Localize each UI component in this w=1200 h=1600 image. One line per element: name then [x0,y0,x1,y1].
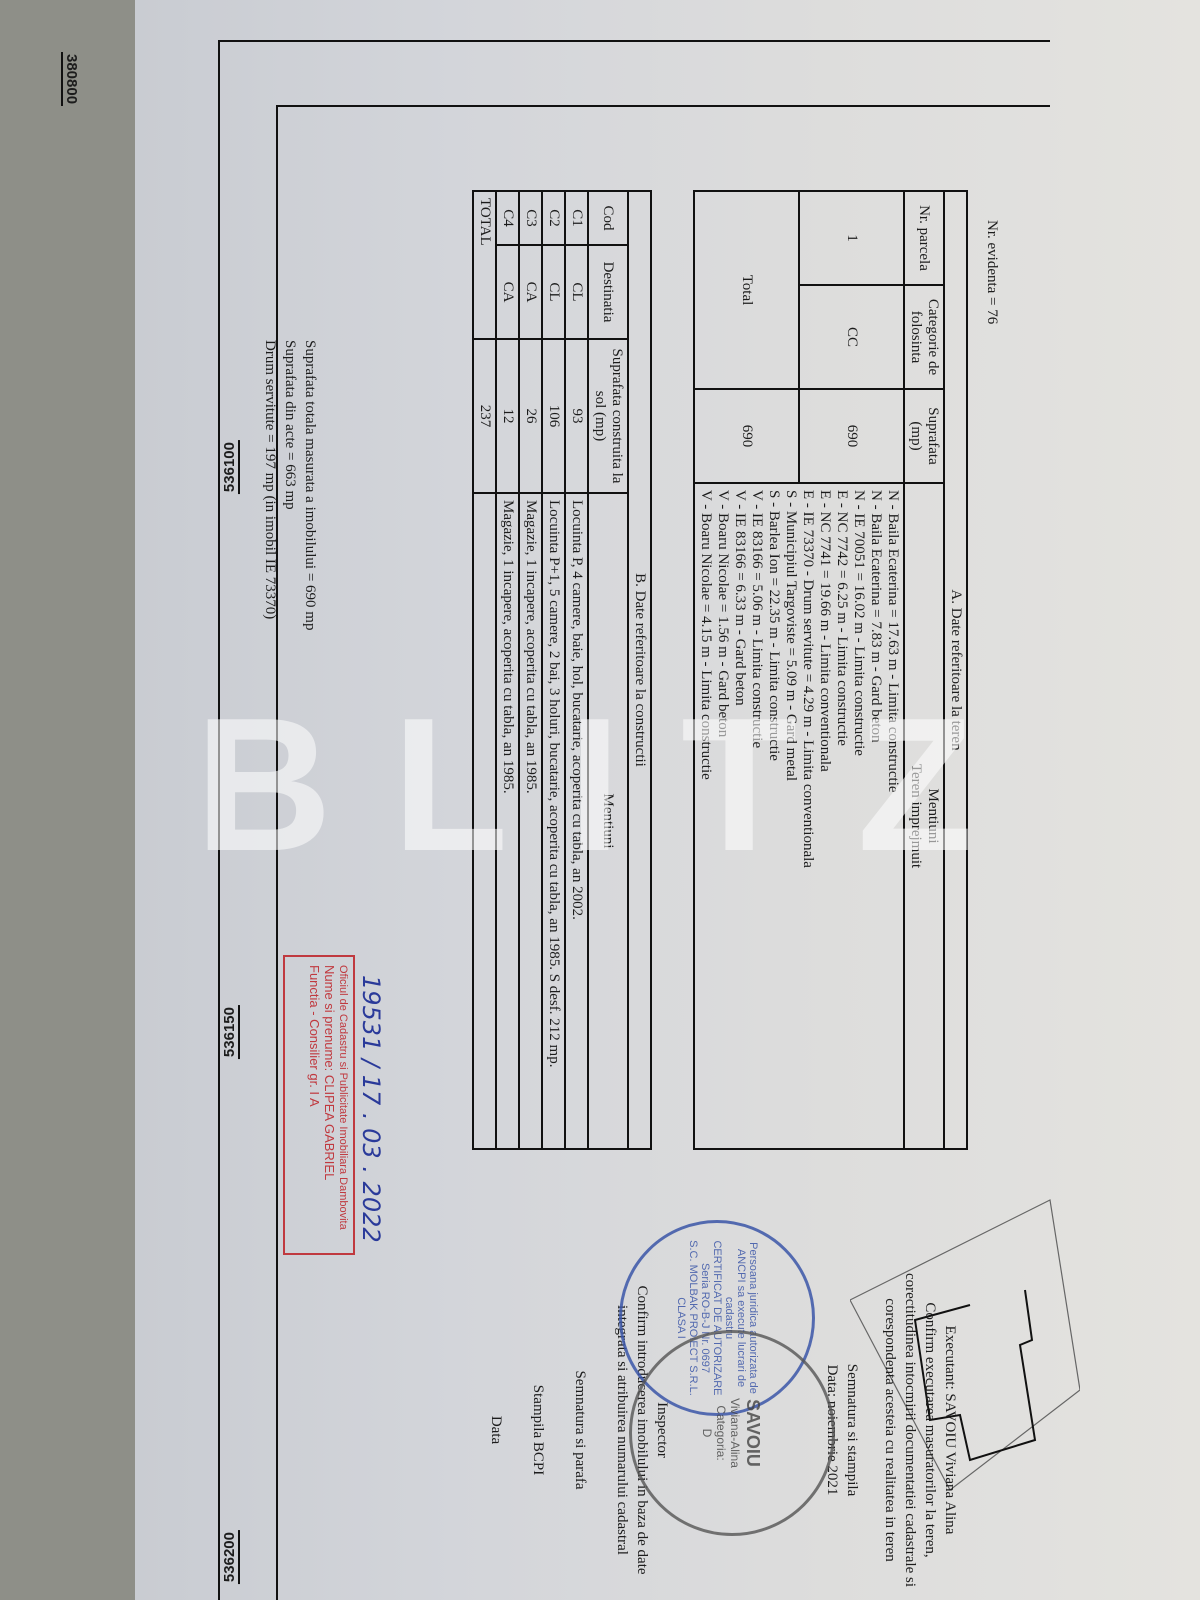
boundary-mention: E - NC 7741 = 19.66 m - Limita conventio… [816,490,833,1142]
table-row: C4CA12Magazie, 1 incapere, acoperita cu … [496,191,519,1149]
total-label: TOTAL [473,191,496,339]
cell-cod: C4 [496,191,519,245]
handwritten-cadastral-number: 19531 / 17 . 03 . 2022 [357,975,385,1243]
stamp-line: SAVOIU [743,1399,764,1467]
surface-summary: Suprafata totala masurata a imobilului =… [260,340,320,630]
cell-cod: C2 [542,191,565,245]
bcpi-stamp-label: Stampila BCPI [528,1270,548,1590]
mentiuni-label: Mentiuni [924,490,941,1142]
cell-cod: C1 [565,191,588,245]
table-row: C2CL106Locuinta P+1, 5 camere, 2 bai, 3 … [542,191,565,1149]
cell-destinatia: CA [519,245,542,339]
header-categorie: Categorie de folosinta [904,285,944,389]
frame-line [218,40,220,1600]
cell-categorie: CC [799,285,904,389]
land-data-table: A. Date referitoare la teren Nr. parcela… [693,190,968,1150]
table-row: C3CA26Magazie, 1 incapere, acoperita cu … [519,191,542,1149]
summary-from-acts: Suprafata din acte = 663 mp [280,340,300,630]
cell-mentiuni: Magazie, 1 incapere, acoperita cu tabla,… [496,493,519,1149]
boundary-mention: V - Boaru Nicolae = 4.15 m - Limita cons… [697,490,714,1142]
section-b-title: B. Date referitoare la constructii [628,191,651,1149]
total-mentiuni [473,493,496,1149]
mentiuni-subtitle: Teren imprejmuit [907,490,924,1142]
header-mentiuni: Mentiuni [588,493,628,1149]
boundary-mention: S - Municipiul Targoviste = 5.09 m - Gar… [782,490,799,1142]
cell-mentiuni: Magazie, 1 incapere, acoperita cu tabla,… [519,493,542,1149]
stamp-line: D [701,1429,715,1438]
cell-suprafata: 93 [565,339,588,493]
header-cod: Cod [588,191,628,245]
stamp-line: Categoria: [715,1405,729,1460]
frame-line [276,105,278,1600]
boundary-mention: N - Baila Ecaterina = 7.83 m - Gard beto… [867,490,884,1142]
boundary-mention: E - NC 7742 = 6.25 m - Limita constructi… [833,490,850,1142]
stamp-line: Nume si prenume: CLIPEA GABRIEL [322,965,337,1245]
stamp-line: Viviana-Alina [729,1398,743,1468]
executant-signature-label: Semnatura si stampila [842,1270,862,1590]
boundary-mentions: N - Baila Ecaterina = 17.63 m - Limita c… [694,483,904,1149]
cell-destinatia: CA [496,245,519,339]
cadastral-plan-sheet: 380800 536100 536150 536200 Nr. evidenta… [0,0,1200,1600]
header-suprafata-construita: Suprafata construita la sol (mp) [588,339,628,493]
frame-line [218,40,1050,42]
total-value: 237 [473,339,496,493]
header-suprafata: Suprafata (mp) [904,389,944,483]
table-row: C1CL93Locuinta P, 4 camere, baie, hol, b… [565,191,588,1149]
cell-destinatia: CL [542,245,565,339]
cell-mentiuni: Locuinta P+1, 5 camere, 2 bai, 3 holuri,… [542,493,565,1149]
boundary-mention: V - IE 83166 = 6.33 m - Gard beton [731,490,748,1142]
cell-suprafata: 106 [542,339,565,493]
frame-line [276,105,1050,107]
inspector-date-label: Data [486,1270,506,1590]
stamp-line: Functia - Consilier gr. I A [307,965,322,1245]
total-value: 690 [694,389,799,483]
summary-easement: Drum servitute = 197 mp (in imobil IE 73… [260,340,280,630]
nr-evidenta: Nr. evidenta = 76 [983,220,1000,324]
cell-suprafata: 690 [799,389,904,483]
boundary-mention: E - IE 73370 - Drum servitute = 4.29 m -… [799,490,816,1142]
coordinate-label-y: 536200 [221,1530,240,1584]
summary-total-measured: Suprafata totala masurata a imobilului =… [300,340,320,630]
boundary-mention: V - IE 83166 = 5.06 m - Limita construct… [748,490,765,1142]
cell-nr-parcela: 1 [799,191,904,285]
cell-destinatia: CL [565,245,588,339]
cell-suprafata: 26 [519,339,542,493]
total-label: Total [694,191,799,389]
header-mentiuni: Mentiuni Teren imprejmuit [904,483,944,1149]
section-a-title: A. Date referitoare la teren [944,191,967,1149]
boundary-mention: V - Boaru Nicolae = 1.56 m - Gard beton [714,490,731,1142]
executant-confirmation: Confirm executarea masuratorilor la tere… [880,1270,940,1590]
coordinate-label-y: 536150 [221,1005,240,1059]
stamp-line: CLASA I [675,1297,687,1339]
coordinate-label-y: 536100 [221,440,240,494]
construction-data-table: B. Date referitoare la constructii Cod D… [472,190,652,1150]
cell-suprafata: 12 [496,339,519,493]
boundary-mention: N - IE 70051 = 16.02 m - Limita construc… [850,490,867,1142]
cell-mentiuni: Locuinta P, 4 camere, baie, hol, bucatar… [565,493,588,1149]
coordinate-label-x: 380800 [61,52,80,106]
cell-cod: C3 [519,191,542,245]
stamp-line: Oficiul de Cadastru si Publicitate Imobi… [337,965,349,1245]
boundary-mention: N - Baila Ecaterina = 17.63 m - Limita c… [884,490,901,1142]
header-destinatia: Destinatia [588,245,628,339]
inspector-signature-label: Semnatura si parafa [570,1270,590,1590]
surveyor-stamp: SAVOIU Viviana-Alina Categoria: D [629,1330,835,1536]
ocpi-stamp: Oficiul de Cadastru si Publicitate Imobi… [283,955,355,1255]
executant-name: Executant: SAVOIU Viviana Alina [940,1270,960,1590]
boundary-mention: S - Barlea Ion = 22.35 m - Limita constr… [765,490,782,1142]
header-nr-parcela: Nr. parcela [904,191,944,285]
